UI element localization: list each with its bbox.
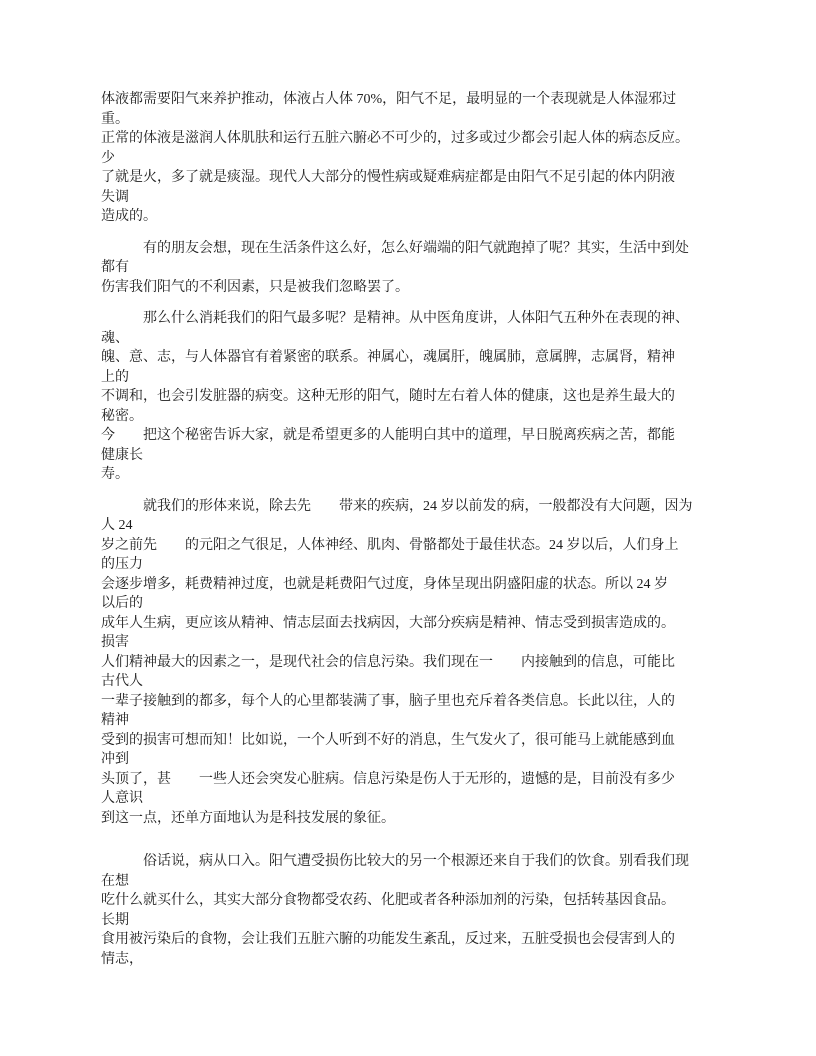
paragraph-3: 那么什么消耗我们的阳气最多呢？是精神。从中医角度讲，人体阳气五种外在表现的神、 … <box>101 309 741 485</box>
paragraph-5: 俗话说，病从口入。阳气遭受损伤比较大的另一个根源还来自于我们的饮食。别看我们现 … <box>101 852 741 969</box>
paragraph-2: 有的朋友会想，现在生活条件这么好，怎么好端端的阳气就跑掉了呢？其实，生活中到处 … <box>101 239 741 298</box>
paragraph-1: 体液都需要阳气来养护推动，体液占人体 70%，阳气不足，最明显的一个表现就是人体… <box>101 90 741 227</box>
document-page: 体液都需要阳气来养护推动，体液占人体 70%，阳气不足，最明显的一个表现就是人体… <box>0 0 816 1056</box>
text-block: 体液都需要阳气来养护推动，体液占人体 70%，阳气不足，最明显的一个表现就是人体… <box>101 90 741 981</box>
paragraph-4: 就我们的形体来说，除去先 带来的疾病，24 岁以前发的病，一般都没有大问题，因为… <box>101 497 741 829</box>
